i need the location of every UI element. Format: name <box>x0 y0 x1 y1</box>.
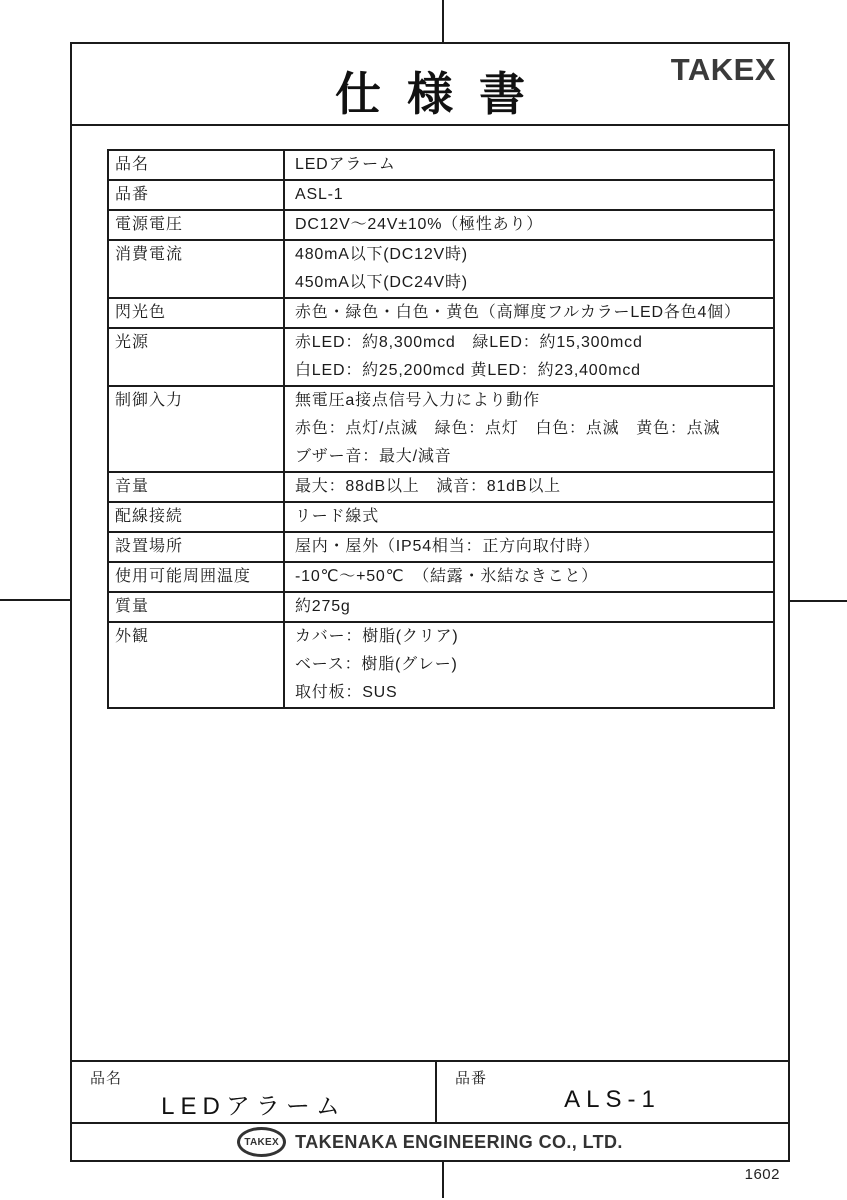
row-label: 光源 <box>109 329 285 385</box>
row-value: -10℃～+50℃ （結露・氷結なきこと） <box>285 563 773 591</box>
row-label: 外観 <box>109 623 285 707</box>
registration-mark-left <box>0 599 70 601</box>
spec-table: 品名 LEDアラーム 品番 ASL-1 電源電圧 DC12V～24V±10%（極… <box>107 149 775 709</box>
row-label: 消費電流 <box>109 241 285 297</box>
row-value: 赤LED：約8,300mcd 緑LED：約15,300mcd 白LED：約25,… <box>285 329 773 385</box>
row-value: ASL-1 <box>285 181 773 209</box>
registration-mark-bottom <box>442 1160 444 1198</box>
row-value: 約275g <box>285 593 773 621</box>
product-number-label: 品番 <box>455 1067 487 1088</box>
row-label: 電源電圧 <box>109 211 285 239</box>
product-id-box: 品名 LEDアラーム 品番 ALS-1 <box>72 1060 788 1124</box>
company-bar: TAKEX TAKENAKA ENGINEERING CO., LTD. <box>72 1124 788 1160</box>
row-value: 無電圧a接点信号入力により動作 赤色：点灯/点滅 緑色：点灯 白色：点滅 黄色：… <box>285 387 773 471</box>
row-label: 質量 <box>109 593 285 621</box>
table-row-model-number: 品番 ASL-1 <box>109 181 773 211</box>
row-label: 閃光色 <box>109 299 285 327</box>
page-number: 1602 <box>735 1166 780 1183</box>
table-row-volume: 音量 最大：88dB以上 減音：81dB以上 <box>109 473 773 503</box>
registration-mark-right <box>790 600 847 602</box>
row-label: 配線接続 <box>109 503 285 531</box>
takex-oval-logo-icon: TAKEX <box>237 1127 286 1157</box>
table-row-control-input: 制御入力 無電圧a接点信号入力により動作 赤色：点灯/点滅 緑色：点灯 白色：点… <box>109 387 773 473</box>
table-row-appearance: 外観 カバー：樹脂(クリア) ベース：樹脂(グレー) 取付板：SUS <box>109 623 773 707</box>
row-label: 品名 <box>109 151 285 179</box>
product-name-label: 品名 <box>90 1067 122 1088</box>
row-value: 最大：88dB以上 減音：81dB以上 <box>285 473 773 501</box>
table-row-light-source: 光源 赤LED：約8,300mcd 緑LED：約15,300mcd 白LED：約… <box>109 329 773 387</box>
row-value: 480mA以下(DC12V時) 450mA以下(DC24V時) <box>285 241 773 297</box>
table-row-product-name: 品名 LEDアラーム <box>109 151 773 181</box>
product-number-value: ALS-1 <box>437 1086 788 1114</box>
registration-mark-top <box>442 0 444 42</box>
row-value: DC12V～24V±10%（極性あり） <box>285 211 773 239</box>
row-label: 音量 <box>109 473 285 501</box>
document-frame: 仕様書 TAKEX 品名 LEDアラーム 品番 ASL-1 電源電圧 DC12V… <box>70 42 790 1162</box>
row-label: 設置場所 <box>109 533 285 561</box>
table-row-wiring: 配線接続 リード線式 <box>109 503 773 533</box>
brand-logo-text: TAKEX <box>671 52 776 88</box>
company-name: TAKENAKA ENGINEERING CO., LTD. <box>295 1132 623 1153</box>
product-name-value: LEDアラーム <box>72 1086 435 1121</box>
table-row-ambient-temperature: 使用可能周囲温度 -10℃～+50℃ （結露・氷結なきこと） <box>109 563 773 593</box>
table-row-mass: 質量 約275g <box>109 593 773 623</box>
table-row-flash-color: 閃光色 赤色・緑色・白色・黄色（高輝度フルカラーLED各色4個） <box>109 299 773 329</box>
row-value: LEDアラーム <box>285 151 773 179</box>
title-band: 仕様書 TAKEX <box>72 44 788 126</box>
row-value: 赤色・緑色・白色・黄色（高輝度フルカラーLED各色4個） <box>285 299 773 327</box>
row-value: カバー：樹脂(クリア) ベース：樹脂(グレー) 取付板：SUS <box>285 623 773 707</box>
row-value: 屋内・屋外（IP54相当：正方向取付時） <box>285 533 773 561</box>
row-value: リード線式 <box>285 503 773 531</box>
table-row-installation-site: 設置場所 屋内・屋外（IP54相当：正方向取付時） <box>109 533 773 563</box>
row-label: 制御入力 <box>109 387 285 471</box>
row-label: 品番 <box>109 181 285 209</box>
table-row-power-voltage: 電源電圧 DC12V～24V±10%（極性あり） <box>109 211 773 241</box>
row-label: 使用可能周囲温度 <box>109 563 285 591</box>
table-row-current-consumption: 消費電流 480mA以下(DC12V時) 450mA以下(DC24V時) <box>109 241 773 299</box>
product-name-cell: 品名 LEDアラーム <box>72 1062 437 1122</box>
product-number-cell: 品番 ALS-1 <box>437 1062 788 1122</box>
